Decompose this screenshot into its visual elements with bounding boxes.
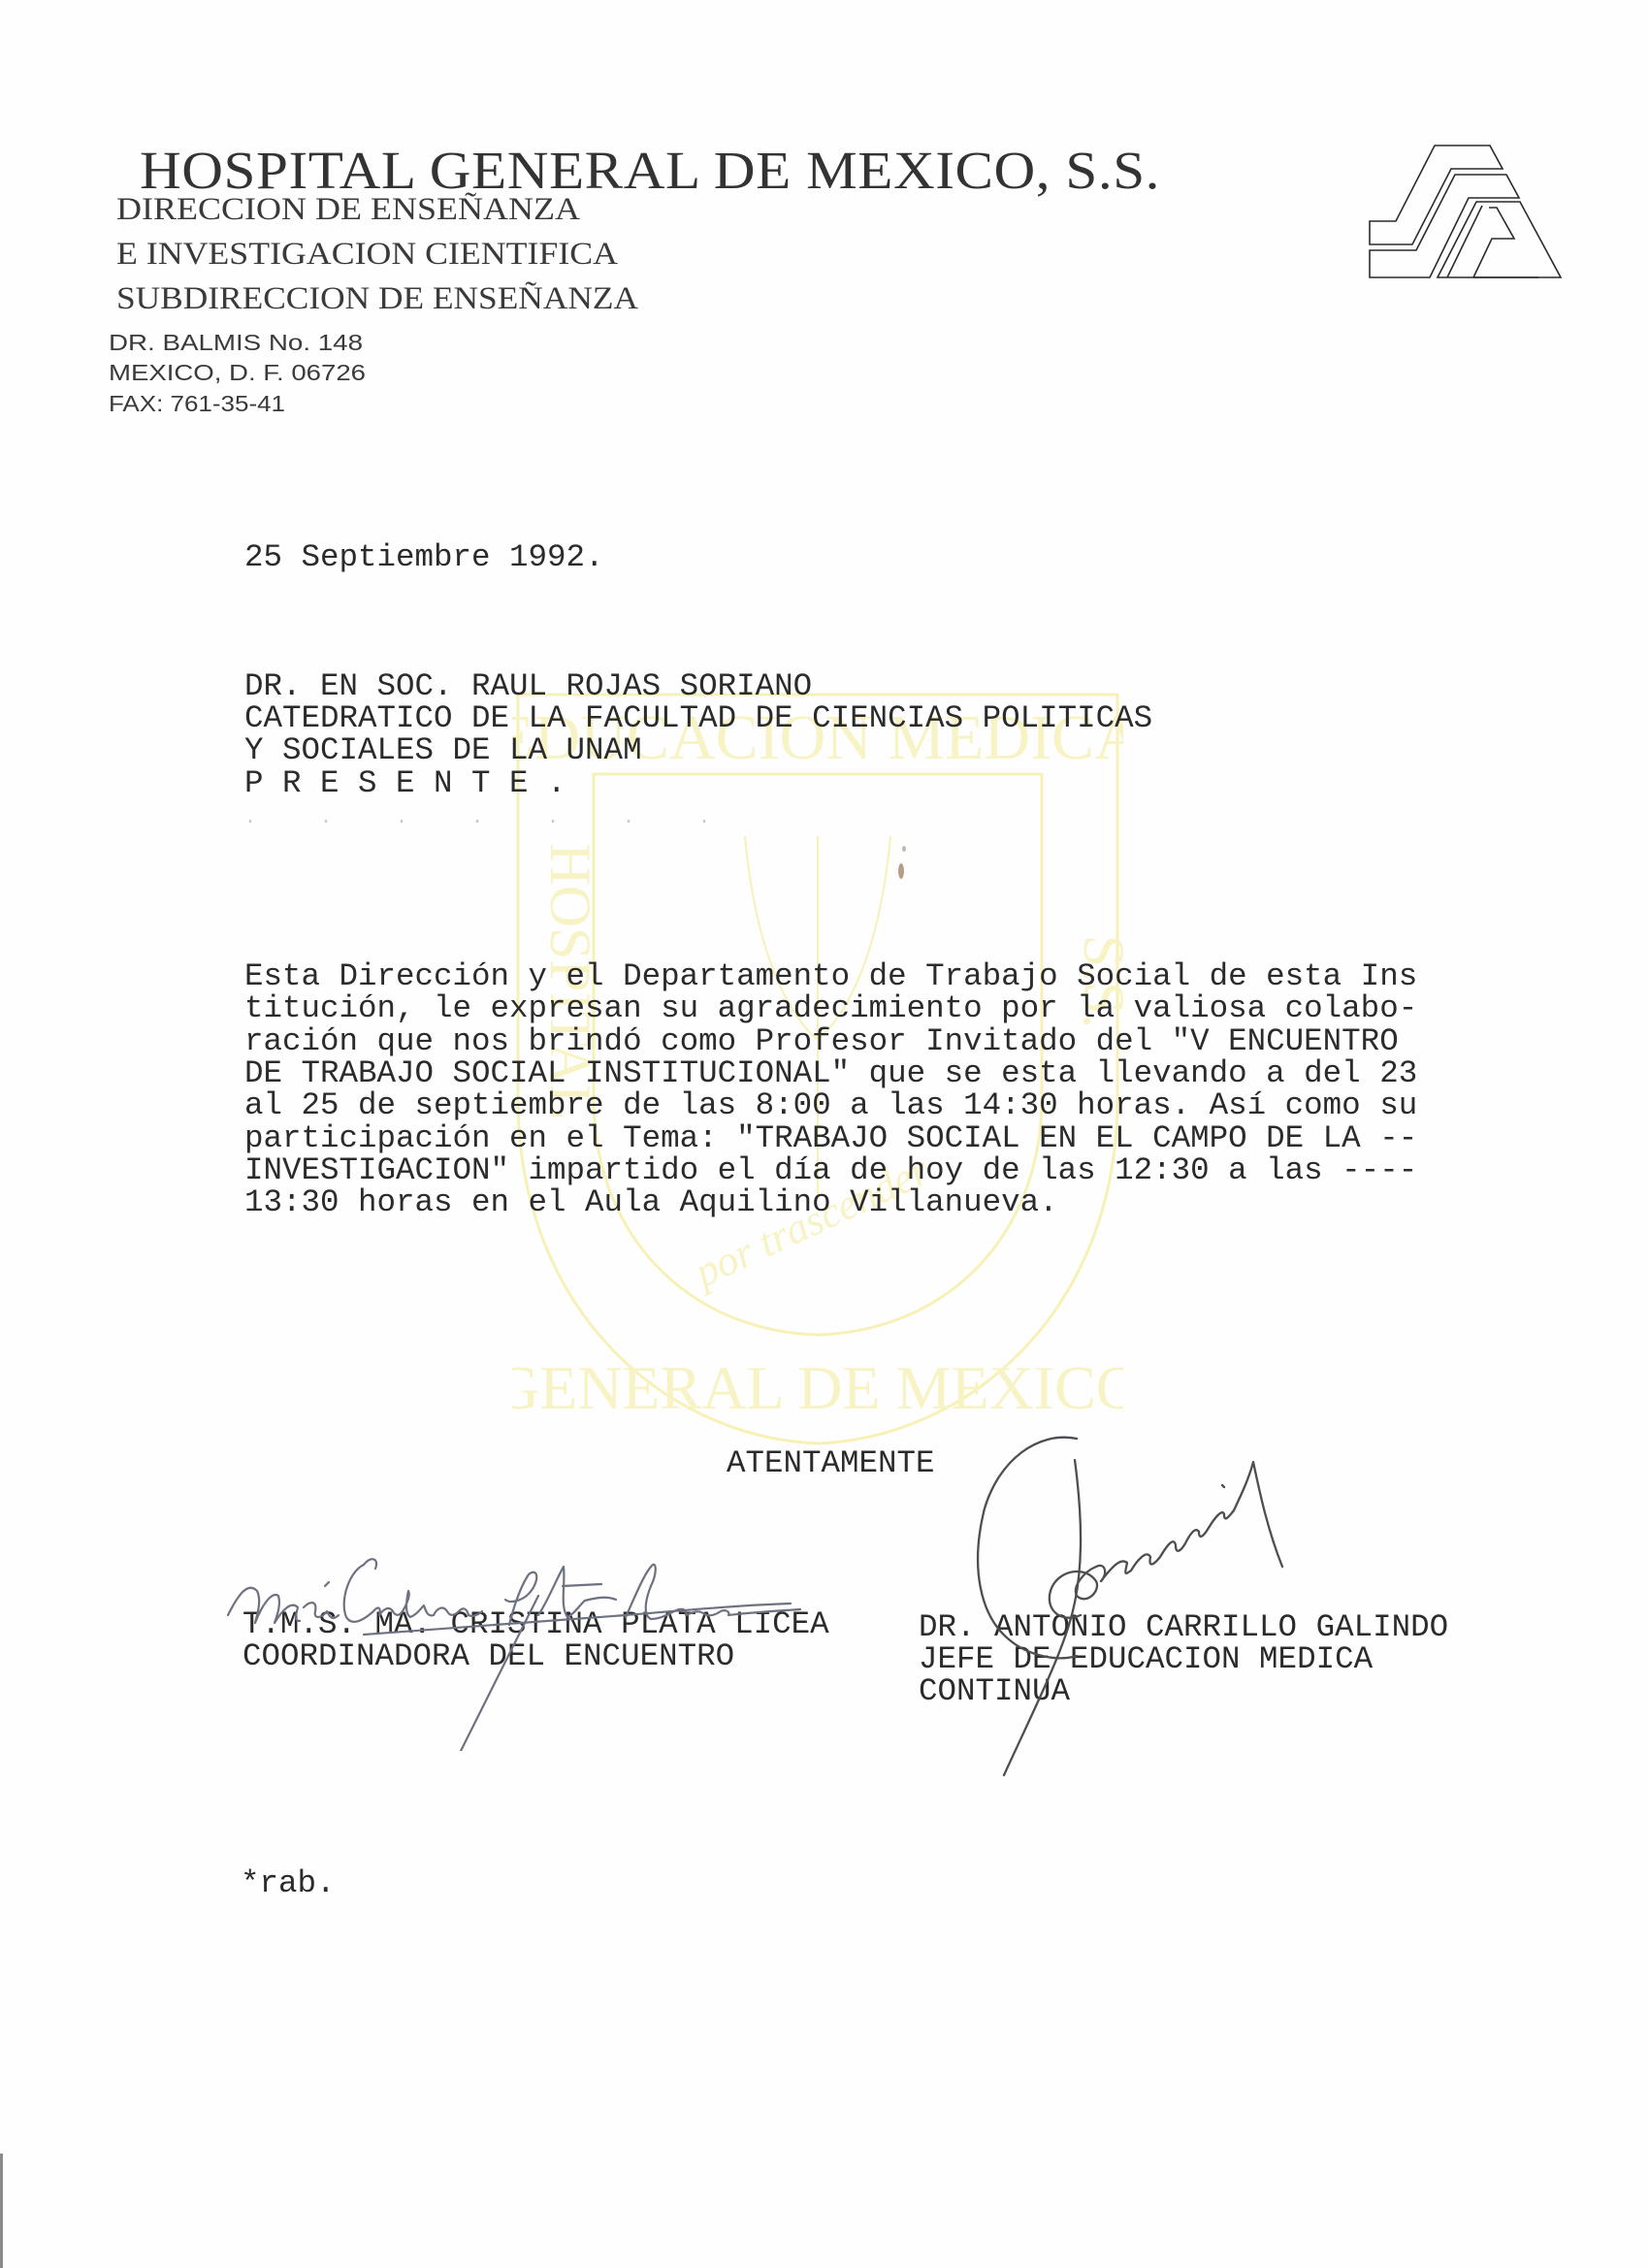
letter-date: 25 Septiembre 1992. <box>244 542 604 574</box>
typewriter-residue: · · · · · · · <box>244 811 724 833</box>
scan-edge-line <box>0 2154 3 2268</box>
addressee-institution: Y SOCIALES DE LA UNAM <box>244 735 642 767</box>
body-line-4: DE TRABAJO SOCIAL INSTITUCIONAL" que se … <box>244 1058 1417 1090</box>
ssa-logo-icon <box>1368 144 1564 281</box>
paper-speck <box>902 846 906 852</box>
body-line-3: ración que nos brindó como Profesor Invi… <box>244 1026 1399 1058</box>
signature-left-handwritten <box>218 1547 820 1751</box>
addressee-presente: P R E S E N T E . <box>244 768 566 800</box>
body-line-2: titución, le expresan su agradecimiento … <box>244 993 1417 1025</box>
letter-page: EDUCACION MEDICA HOSPITAL S.S. GENERAL D… <box>0 0 1649 2268</box>
addressee-position: CATEDRATICO DE LA FACULTAD DE CIENCIAS P… <box>244 703 1152 735</box>
signature-right-handwritten <box>960 1402 1348 1780</box>
address-line-3: FAX: 761-35-41 <box>83 371 265 437</box>
body-line-7: INVESTIGACION" impartido el día de hoy d… <box>244 1155 1417 1187</box>
body-line-6: participación en el Tema: "TRABAJO SOCIA… <box>244 1123 1417 1155</box>
body-line-8: 13:30 horas en el Aula Aquilino Villanue… <box>244 1187 1058 1219</box>
typist-initials: *rab. <box>241 1868 336 1900</box>
body-line-5: al 25 de septiembre de las 8:00 a las 14… <box>244 1090 1417 1122</box>
paper-speck <box>898 863 904 879</box>
addressee-name: DR. EN SOC. RAUL ROJAS SORIANO <box>244 671 812 703</box>
closing-atentamente: ATENTAMENTE <box>727 1448 935 1480</box>
body-line-1: Esta Dirección y el Departamento de Trab… <box>244 961 1417 993</box>
